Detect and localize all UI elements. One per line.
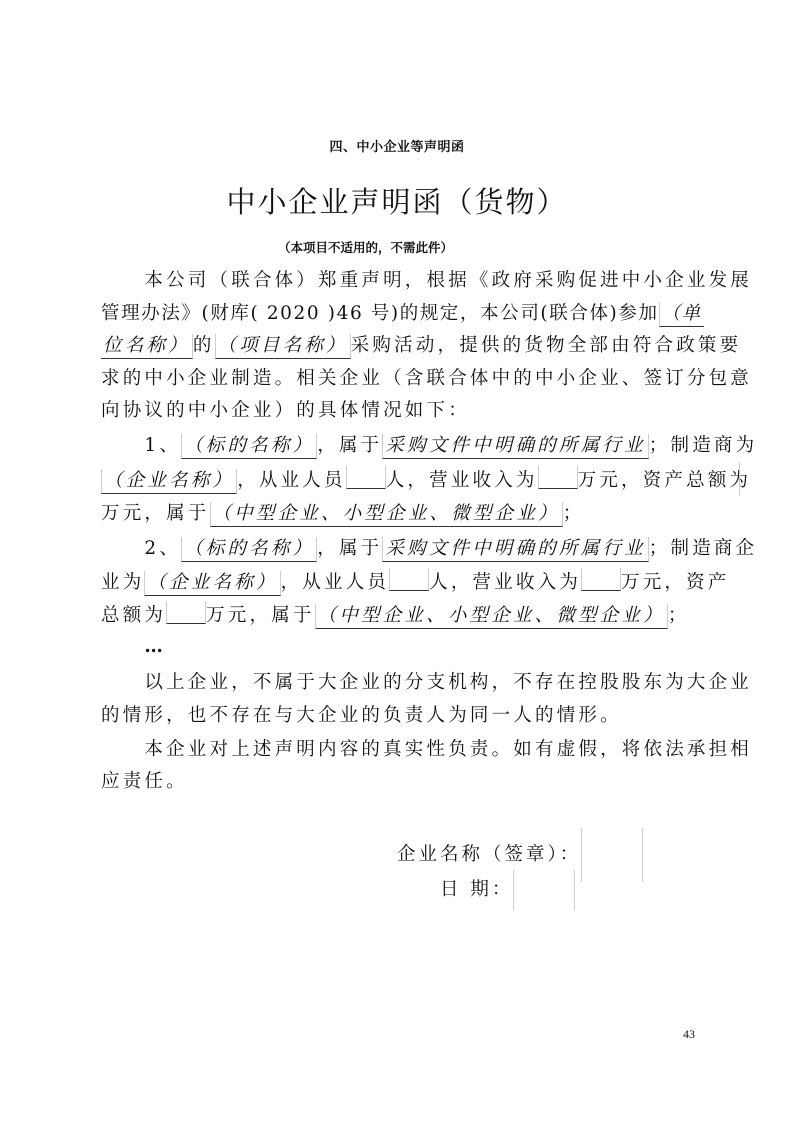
text: 人，营业收入为 [386, 470, 538, 491]
document-title: 中小企业声明函（货物） [0, 180, 794, 221]
text: 总额为 [101, 605, 166, 626]
text: ，从业人员 [237, 470, 346, 491]
text-line: 应责任。 [101, 767, 711, 797]
company-seal-field[interactable] [581, 828, 643, 882]
text: 业为 [101, 572, 144, 593]
text: ；制造商企 [649, 538, 758, 559]
subject-name-field[interactable]: （标的名称） [181, 537, 317, 562]
text: ，属于 [317, 538, 382, 559]
text-line: 业为 （企业名称） ，从业人员人，营业收入为万元，资产 [101, 568, 711, 598]
text: 人，营业收入为 [429, 572, 581, 593]
text: ； [563, 503, 585, 524]
text: ； [668, 605, 690, 626]
staff-count-field[interactable] [389, 568, 429, 591]
item-number: 2、 [101, 538, 181, 559]
applicability-note: （本项目不适用的，不需此件） [278, 238, 453, 256]
industry-field[interactable]: 采购文件中明确的所属行业 [382, 434, 648, 459]
date-label: 日 期： [440, 879, 513, 900]
text-line: 本公司（联合体）郑重声明，根据《政府采购促进中小企业发展 [101, 266, 711, 296]
text-line: （企业名称），从业人员人，营业收入为万元，资产总额为 [101, 466, 711, 496]
company-name-field[interactable]: （企业名称） [144, 571, 280, 596]
unit-name-field[interactable]: 位名称） [101, 334, 193, 359]
text: ，属于 [317, 435, 382, 456]
text-line: 总额为万元，属于 （中型企业、小型企业、微型企业） ； [101, 601, 711, 631]
page-number: 43 [683, 1027, 695, 1042]
text-line: 1、（标的名称），属于采购文件中明确的所属行业；制造商为 [101, 431, 711, 461]
industry-field[interactable]: 采购文件中明确的所属行业 [382, 537, 648, 562]
text-line: 管理办法》(财库( 2020 )46 号)的规定，本公司(联合体)参加 （单 [101, 299, 711, 329]
date-row: 日 期： [440, 870, 575, 910]
text: 万元，资产 [621, 572, 730, 593]
ellipsis: … [101, 632, 711, 662]
company-name-field[interactable]: （企业名称） [101, 469, 237, 494]
revenue-field[interactable] [581, 568, 621, 591]
text: 万元，属于 [101, 503, 210, 524]
text-line: 位名称） 的 （项目名称） 采购活动，提供的货物全部由符合政策要 [101, 331, 711, 361]
text: 的 [193, 335, 215, 356]
text-line: 的情形，也不存在与大企业的负责人为同一人的情形。 [101, 701, 711, 731]
text: 万元，资产总额为 [578, 470, 752, 491]
item-number: 1、 [101, 435, 181, 456]
enterprise-type-field[interactable]: （中型企业、小型企业、微型企业） [210, 502, 563, 527]
text-line: 以上企业，不属于大企业的分支机构，不存在控股股东为大企业 [101, 668, 711, 698]
text-line: 2、（标的名称），属于采购文件中明确的所属行业；制造商企 [101, 534, 711, 564]
text: ，从业人员 [281, 572, 390, 593]
text-line: 万元，属于 （中型企业、小型企业、微型企业） ； [101, 499, 711, 529]
subject-name-field[interactable]: （标的名称） [181, 434, 317, 459]
text: 万元，属于 [206, 605, 315, 626]
text-line: 求的中小企业制造。相关企业（含联合体中的中小企业、签订分包意 [101, 364, 711, 394]
assets-field[interactable] [166, 601, 206, 624]
company-signature-label: 企业名称（签章）： [397, 844, 581, 865]
margin-mark [739, 462, 740, 496]
enterprise-type-field[interactable]: （中型企业、小型企业、微型企业） [315, 604, 668, 629]
text-line: 本企业对上述声明内容的真实性负责。如有虚假，将依法承担相 [101, 735, 711, 765]
text-line: 向协议的中小企业）的具体情况如下： [101, 396, 711, 426]
text: ；制造商为 [649, 435, 758, 456]
revenue-field[interactable] [538, 466, 578, 489]
text: 采购活动，提供的货物全部由符合政策要 [351, 335, 742, 356]
date-field[interactable] [513, 870, 575, 910]
text: 管理办法》(财库( 2020 )46 号)的规定，本公司(联合体)参加 [101, 303, 659, 324]
unit-name-field[interactable]: （单 [659, 302, 704, 327]
project-name-field[interactable]: （项目名称） [215, 334, 351, 359]
section-title: 四、中小企业等声明函 [0, 136, 794, 155]
staff-count-field[interactable] [346, 466, 386, 489]
